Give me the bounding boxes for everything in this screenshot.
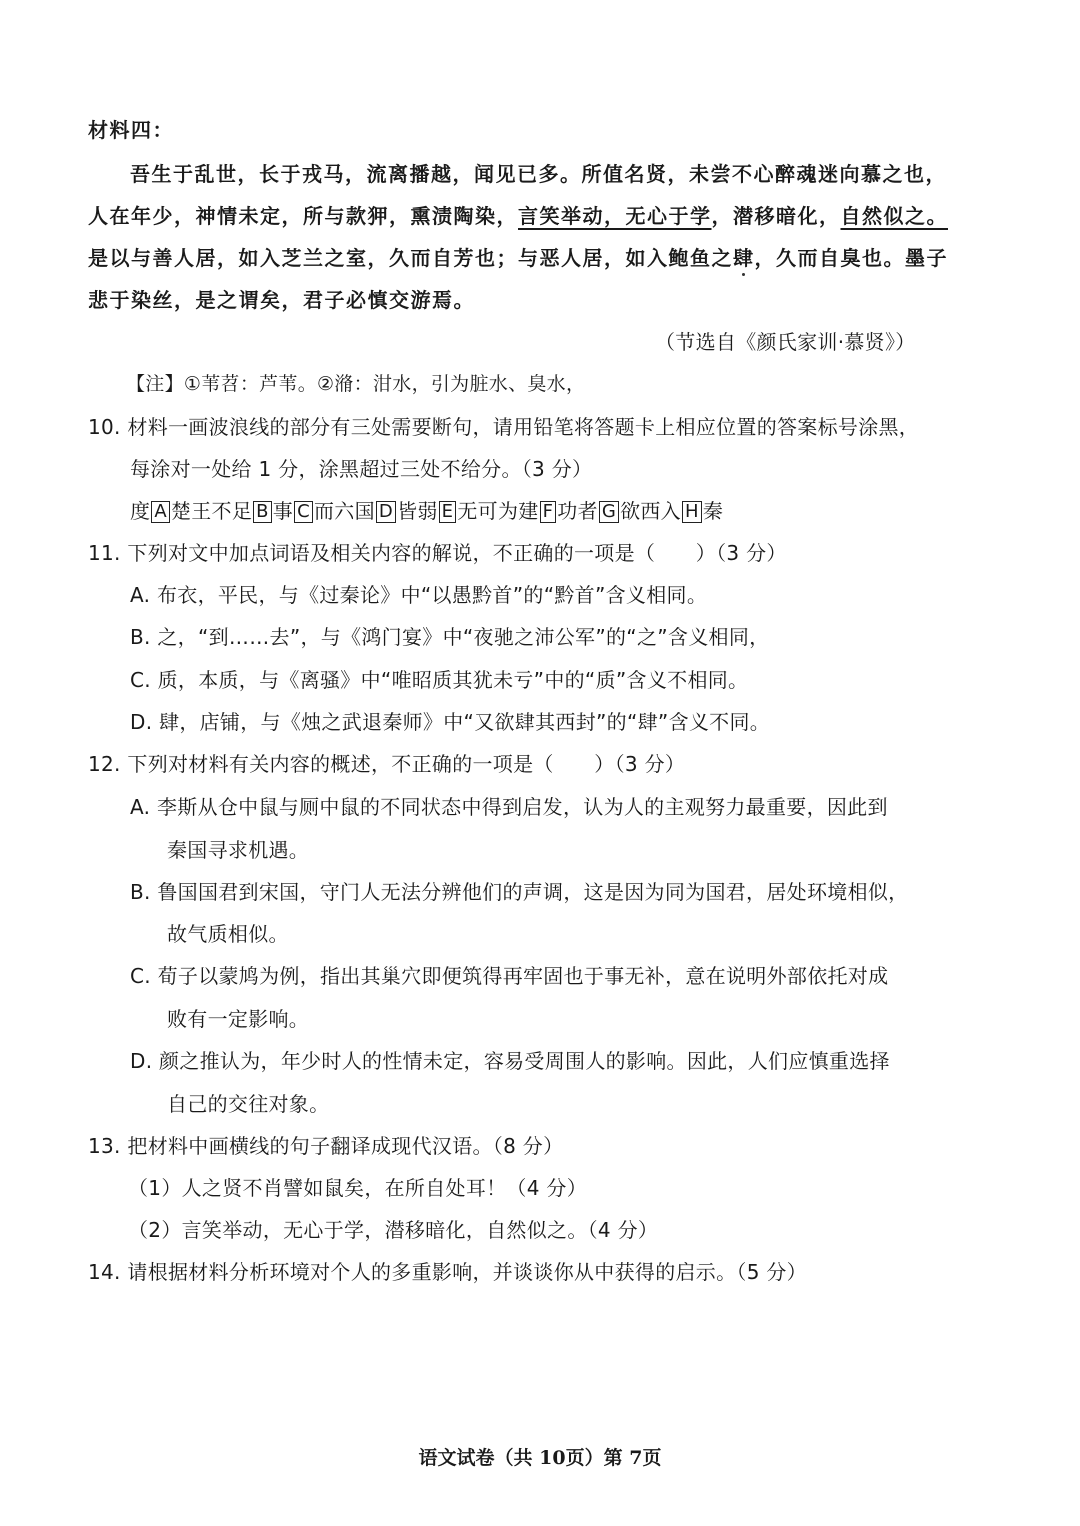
underlined-sentence-part-b: 自然似之。 bbox=[841, 204, 949, 228]
option-text: 荀子以蒙鸠为例，指出其巢穴即便筑得再牢固也于事无补，意在说明外部依托对成 bbox=[158, 964, 889, 988]
break-marker-f[interactable]: F bbox=[540, 501, 557, 523]
q12-option-c-cont: 败有一定影响。 bbox=[167, 1005, 309, 1033]
q11-option-b[interactable]: B. 之，“到……去”，与《鸿门宴》中“夜驰之沛公军”的“之”含义相同， bbox=[130, 623, 769, 651]
option-text: 质，本质，与《离骚》中“唯昭质其犹未亏”中的“质”含义不相同。 bbox=[158, 668, 749, 692]
q12-option-a[interactable]: A. 李斯从仓中鼠与厕中鼠的不同状态中得到启发，认为人的主观努力最重要，因此到 bbox=[130, 793, 888, 821]
break-marker-h[interactable]: H bbox=[682, 501, 702, 523]
break-marker-c[interactable]: C bbox=[294, 501, 313, 523]
emphasized-char: 肆 bbox=[733, 246, 755, 270]
q11-option-d[interactable]: D. 肆，店铺，与《烛之武退秦师》中“又欲肆其西封”的“肆”含义不同。 bbox=[130, 708, 770, 736]
option-text: 布衣，平民，与《过秦论》中“以愚黔首”的“黔首”含义相同。 bbox=[157, 583, 707, 607]
question-11: 11. 下列对文中加点词语及相关内容的解说，不正确的一项是（ ）（3 分） bbox=[88, 539, 787, 567]
q12-option-d-cont: 自己的交往对象。 bbox=[167, 1090, 329, 1118]
q12-option-b-cont: 故气质相似。 bbox=[167, 920, 289, 948]
option-label: C. bbox=[130, 964, 151, 988]
material-line-1: 吾生于乱世，长于戎马，流离播越，闻见已多。所值名贤，未尝不心醉魂迷向慕之也， bbox=[130, 160, 947, 188]
question-10-continuation: 每涂对一处给 1 分，涂黑超过三处不给分。（3 分） bbox=[130, 455, 592, 483]
q12-option-a-cont: 秦国寻求机遇。 bbox=[167, 836, 309, 864]
segment: 楚王不足 bbox=[171, 499, 252, 523]
option-text: 鲁国国君到宋国，守门人无法分辨他们的声调，这是因为同为国君，居处环境相似， bbox=[157, 880, 908, 904]
break-marker-b[interactable]: B bbox=[253, 501, 272, 523]
question-number: 14. bbox=[88, 1260, 121, 1284]
question-number: 10. bbox=[88, 415, 121, 439]
segment: 秦 bbox=[703, 499, 723, 523]
material-line-2-start: 人在年少，神情未定，所与款狎，熏渍陶染， bbox=[88, 204, 518, 228]
q12-option-d[interactable]: D. 颜之推认为，年少时人的性情未定，容易受周围人的影响。因此，人们应慎重选择 bbox=[130, 1047, 890, 1075]
annotation-note: 【注】①苇苕：芦苇。②潃：泔水，引为脏水、臭水， bbox=[126, 370, 585, 398]
q11-option-a[interactable]: A. 布衣，平民，与《过秦论》中“以愚黔首”的“黔首”含义相同。 bbox=[130, 581, 707, 609]
question-13: 13. 把材料中画横线的句子翻译成现代汉语。（8 分） bbox=[88, 1132, 563, 1160]
material-line-2: 人在年少，神情未定，所与款狎，熏渍陶染，言笑举动，无心于学，潜移暗化，自然似之。 bbox=[88, 202, 948, 230]
q13-item-2: （2）言笑举动，无心于学，潜移暗化，自然似之。（4 分） bbox=[128, 1216, 658, 1244]
option-label: D. bbox=[130, 710, 152, 734]
question-12: 12. 下列对材料有关内容的概述，不正确的一项是（ ）（3 分） bbox=[88, 750, 685, 778]
break-marker-e[interactable]: E bbox=[439, 501, 457, 523]
break-marker-g[interactable]: G bbox=[599, 501, 619, 523]
sentence-break-options: 度A楚王不足B事C而六国D皆弱E无可为建F功者G欲西入H秦 bbox=[130, 497, 723, 525]
option-label: D. bbox=[130, 1049, 152, 1073]
option-label: A. bbox=[130, 795, 150, 819]
material-line-3-end: ，久而自臭也。墨子 bbox=[755, 246, 949, 270]
q12-option-c[interactable]: C. 荀子以蒙鸠为例，指出其巢穴即便筑得再牢固也于事无补，意在说明外部依托对成 bbox=[130, 962, 888, 990]
option-text: 之，“到……去”，与《鸿门宴》中“夜驰之沛公军”的“之”含义相同， bbox=[157, 625, 769, 649]
segment: 欲西入 bbox=[620, 499, 681, 523]
source-citation: （节选自《颜氏家训·慕贤》） bbox=[655, 328, 916, 356]
question-stem: 材料一画波浪线的部分有三处需要断句，请用铅笔将答题卡上相应位置的答案标号涂黑， bbox=[127, 415, 919, 439]
segment: 度 bbox=[130, 499, 150, 523]
option-label: B. bbox=[130, 625, 151, 649]
question-number: 11. bbox=[88, 541, 121, 565]
question-number: 12. bbox=[88, 752, 121, 776]
material-line-3: 是以与善人居，如入芝兰之室，久而自芳也；与恶人居，如入鲍鱼之肆，久而自臭也。墨子 bbox=[88, 244, 948, 272]
option-text: 颜之推认为，年少时人的性情未定，容易受周围人的影响。因此，人们应慎重选择 bbox=[159, 1049, 890, 1073]
option-label: A. bbox=[130, 583, 150, 607]
segment: 功者 bbox=[557, 499, 598, 523]
break-marker-a[interactable]: A bbox=[151, 501, 170, 523]
break-marker-d[interactable]: D bbox=[376, 501, 396, 523]
material-line-2-mid: ，潜移暗化， bbox=[712, 204, 841, 228]
question-stem: 下列对材料有关内容的概述，不正确的一项是（ ）（3 分） bbox=[127, 752, 685, 776]
material-line-3-start: 是以与善人居，如入芝兰之室，久而自芳也；与恶人居，如入鲍鱼之 bbox=[88, 246, 733, 270]
segment: 事 bbox=[273, 499, 293, 523]
option-text: 肆，店铺，与《烛之武退秦师》中“又欲肆其西封”的“肆”含义不同。 bbox=[159, 710, 770, 734]
question-number: 13. bbox=[88, 1134, 121, 1158]
question-stem: 把材料中画横线的句子翻译成现代汉语。（8 分） bbox=[127, 1134, 563, 1158]
q12-option-b[interactable]: B. 鲁国国君到宋国，守门人无法分辨他们的声调，这是因为同为国君，居处环境相似， bbox=[130, 878, 908, 906]
question-stem: 下列对文中加点词语及相关内容的解说，不正确的一项是（ ）（3 分） bbox=[127, 541, 786, 565]
q13-item-1: （1）人之贤不肖譬如鼠矣，在所自处耳！（4 分） bbox=[128, 1174, 587, 1202]
option-text: 李斯从仓中鼠与厕中鼠的不同状态中得到启发，认为人的主观努力最重要，因此到 bbox=[157, 795, 888, 819]
segment: 无可为建 bbox=[457, 499, 538, 523]
question-10: 10. 材料一画波浪线的部分有三处需要断句，请用铅笔将答题卡上相应位置的答案标号… bbox=[88, 413, 919, 441]
page-footer: 语文试卷（共 10页）第 7页 bbox=[0, 1443, 1080, 1470]
segment: 而六国 bbox=[314, 499, 375, 523]
option-label: C. bbox=[130, 668, 151, 692]
exam-page: 材料四： 吾生于乱世，长于戎马，流离播越，闻见已多。所值名贤，未尝不心醉魂迷向慕… bbox=[0, 0, 1080, 1526]
material-line-4: 悲于染丝，是之谓矣，君子必慎交游焉。 bbox=[88, 286, 475, 314]
q11-option-c[interactable]: C. 质，本质，与《离骚》中“唯昭质其犹未亏”中的“质”含义不相同。 bbox=[130, 666, 748, 694]
question-14: 14. 请根据材料分析环境对个人的多重影响，并谈谈你从中获得的启示。（5 分） bbox=[88, 1258, 807, 1286]
segment: 皆弱 bbox=[397, 499, 438, 523]
material-heading: 材料四： bbox=[88, 116, 174, 144]
option-label: B. bbox=[130, 880, 151, 904]
underlined-sentence-part-a: 言笑举动，无心于学 bbox=[518, 204, 712, 228]
question-stem: 请根据材料分析环境对个人的多重影响，并谈谈你从中获得的启示。（5 分） bbox=[127, 1260, 807, 1284]
